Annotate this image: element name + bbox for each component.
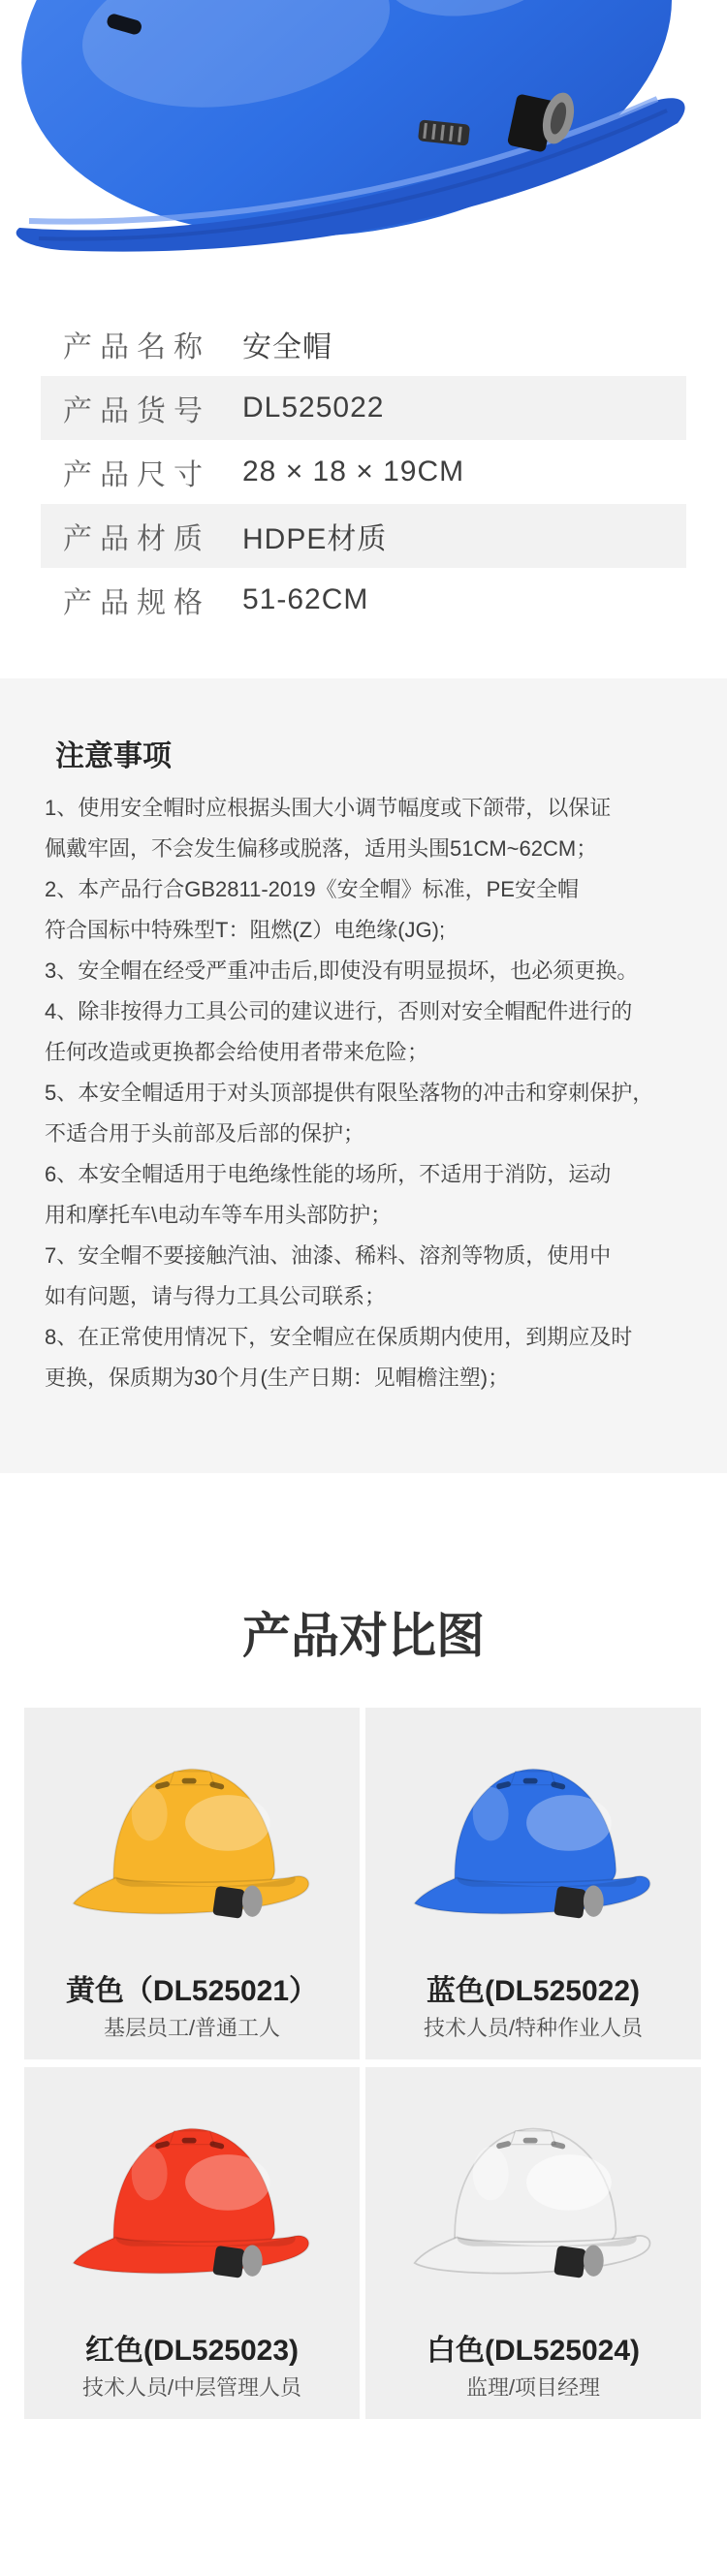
- notice-list: 1、使用安全帽时应根据头围大小调节幅度或下颌带，以保证 佩戴牢固，不会发生偏移或…: [45, 788, 688, 1398]
- compare-grid: 黄色（DL525021） 基层员工/普通工人 蓝色(DL525022): [24, 1708, 701, 2419]
- spec-value: HDPE材质: [242, 515, 387, 557]
- spec-value: DL525022: [242, 392, 384, 424]
- product-role: 技术人员/特种作业人员: [424, 2017, 643, 2040]
- white-helmet-image: [388, 2085, 679, 2325]
- notice-item: 8、在正常使用情况下，安全帽应在保质期内使用，到期应及时 更换，保质期为30个月…: [45, 1317, 688, 1398]
- notice-item: 4、除非按得力工具公司的建议进行，否则对安全帽配件进行的 任何改造或更换都会给使…: [45, 991, 688, 1073]
- spec-row-size: 产品尺寸 28 × 18 × 19CM: [41, 440, 686, 504]
- red-helmet-image: [47, 2085, 337, 2325]
- compare-cell-yellow: 黄色（DL525021） 基层员工/普通工人: [24, 1708, 360, 2059]
- spec-label: 产品规格: [63, 579, 242, 621]
- notice-title: 注意事项: [55, 740, 688, 772]
- product-name: 白色(DL525024): [427, 2335, 640, 2368]
- notice-item: 7、安全帽不要接触汽油、油漆、稀料、溶剂等物质，使用中 如有问题，请与得力工具公…: [45, 1236, 688, 1317]
- product-role: 基层员工/普通工人: [104, 2017, 280, 2040]
- spec-row-spec: 产品规格 51-62CM: [41, 568, 686, 632]
- notice-item: 1、使用安全帽时应根据头围大小调节幅度或下颌带，以保证 佩戴牢固，不会发生偏移或…: [45, 788, 688, 869]
- spec-row-material: 产品材质 HDPE材质: [41, 504, 686, 568]
- compare-cell-white: 白色(DL525024) 监理/项目经理: [365, 2067, 701, 2419]
- spec-value: 安全帽: [242, 323, 332, 365]
- spec-label: 产品尺寸: [63, 451, 242, 493]
- notice-item: 5、本安全帽适用于对头顶部提供有限坠落物的冲击和穿刺保护， 不适合用于头前部及后…: [45, 1073, 688, 1154]
- notice-item: 3、安全帽在经受严重冲击后,即使没有明显损坏，也必须更换。: [45, 951, 688, 991]
- hero-product-photo: [0, 0, 727, 312]
- spec-row-sku: 产品货号 DL525022: [41, 376, 686, 440]
- compare-title: 产品对比图: [0, 1611, 727, 1661]
- product-name: 红色(DL525023): [85, 2335, 299, 2368]
- notice-item: 6、本安全帽适用于电绝缘性能的场所，不适用于消防，运动 用和摩托车\电动车等车用…: [45, 1154, 688, 1236]
- spec-value: 28 × 18 × 19CM: [242, 456, 464, 488]
- spec-label: 产品货号: [63, 387, 242, 429]
- compare-cell-red: 红色(DL525023) 技术人员/中层管理人员: [24, 2067, 360, 2419]
- blue-helmet-hero-image: [0, 0, 727, 312]
- product-role: 技术人员/中层管理人员: [82, 2376, 301, 2400]
- spec-value: 51-62CM: [242, 583, 368, 616]
- blue-helmet-image: [388, 1725, 679, 1965]
- compare-cell-blue: 蓝色(DL525022) 技术人员/特种作业人员: [365, 1708, 701, 2059]
- product-detail-page: 产品名称 安全帽 产品货号 DL525022 产品尺寸 28 × 18 × 19…: [0, 0, 727, 2576]
- product-name: 蓝色(DL525022): [427, 1975, 640, 2008]
- spec-label: 产品名称: [63, 323, 242, 365]
- notice-section: 注意事项 1、使用安全帽时应根据头围大小调节幅度或下颌带，以保证 佩戴牢固，不会…: [0, 678, 727, 1473]
- notice-item: 2、本产品行合GB2811-2019《安全帽》标准，PE安全帽 符合国标中特殊型…: [45, 869, 688, 951]
- spec-table: 产品名称 安全帽 产品货号 DL525022 产品尺寸 28 × 18 × 19…: [41, 312, 686, 632]
- bottom-spacer: [0, 2419, 727, 2576]
- yellow-helmet-image: [47, 1725, 337, 1965]
- product-name: 黄色（DL525021）: [66, 1975, 318, 2008]
- spec-label: 产品材质: [63, 515, 242, 557]
- spec-row-name: 产品名称 安全帽: [41, 312, 686, 376]
- product-role: 监理/项目经理: [466, 2376, 600, 2400]
